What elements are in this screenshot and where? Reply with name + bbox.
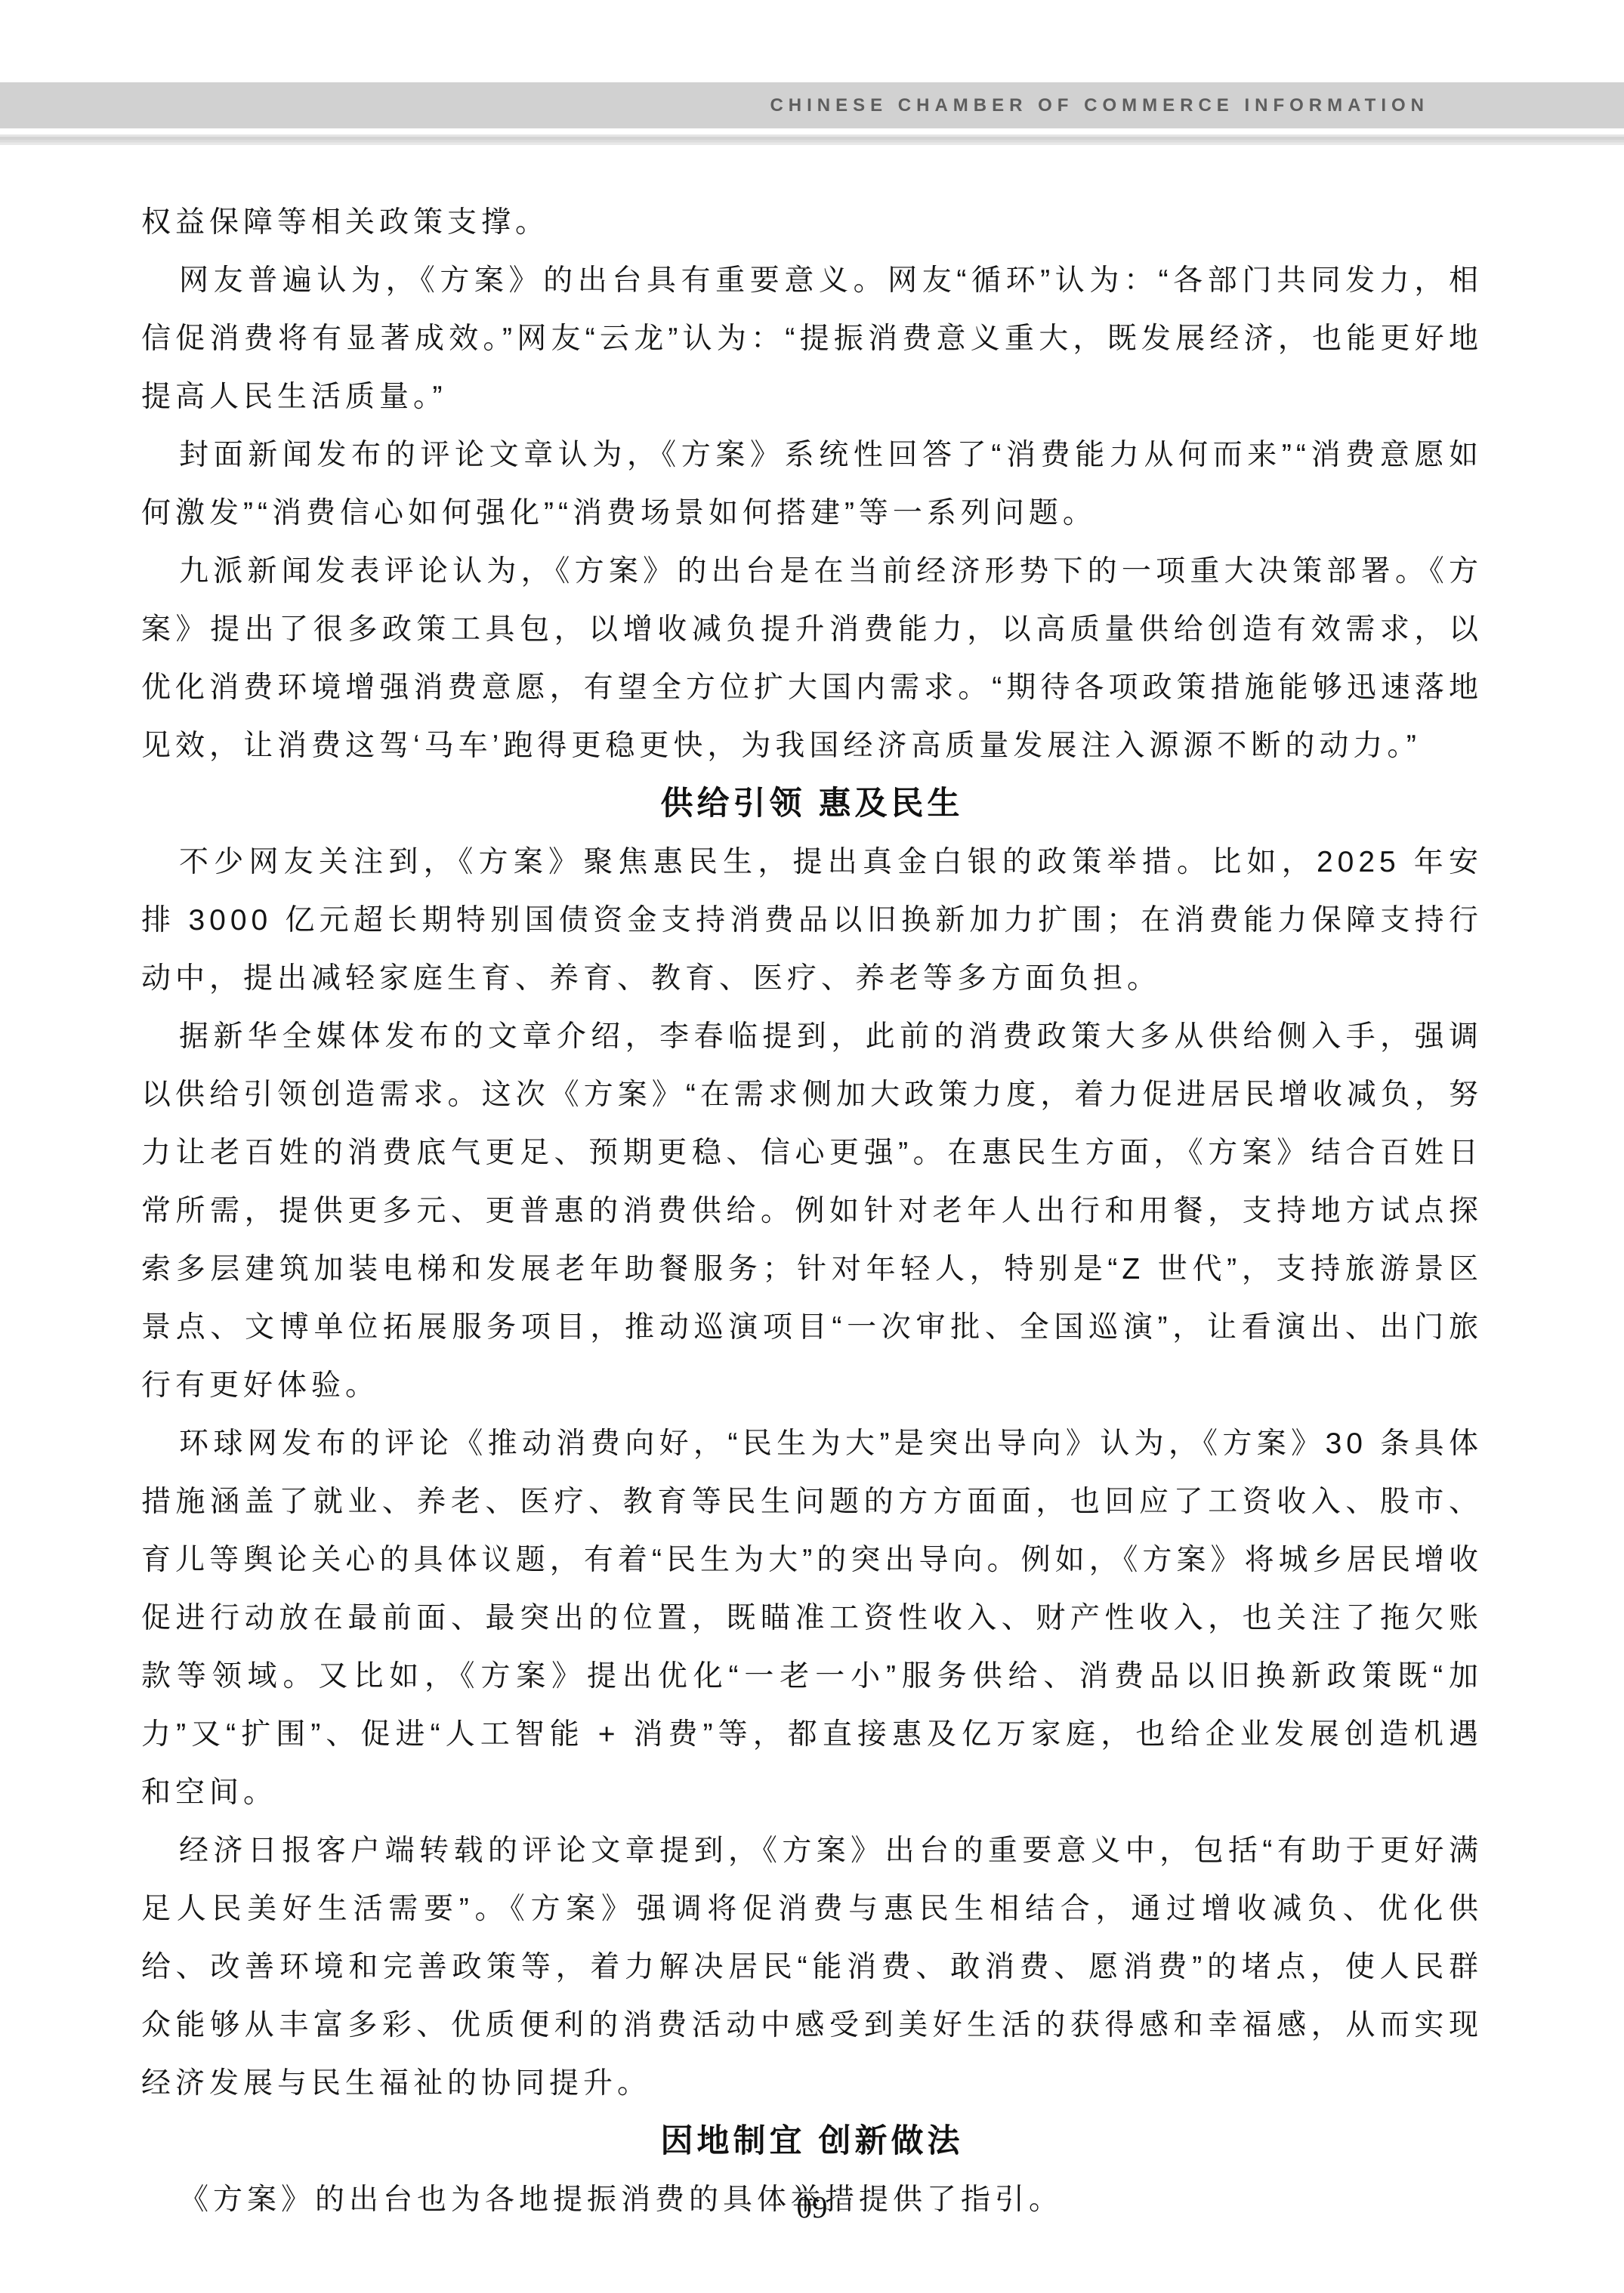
paragraph: 据新华全媒体发布的文章介绍，李春临提到，此前的消费政策大多从供给侧入手，强调以供…	[141, 1008, 1483, 1415]
paragraph: 权益保障等相关政策支撑。	[141, 193, 1483, 252]
paragraph: 九派新闻发表评论认为，《方案》的出台是在当前经济形势下的一项重大决策部署。《方案…	[141, 542, 1483, 775]
page-number: 09	[0, 2189, 1624, 2225]
paragraph: 环球网发布的评论《推动消费向好，“民生为大”是突出导向》认为，《方案》30 条具…	[141, 1415, 1483, 1822]
header-title: CHINESE CHAMBER OF COMMERCE INFORMATION	[770, 82, 1429, 128]
paragraph: 网友普遍认为，《方案》的出台具有重要意义。网友“循环”认为：“各部门共同发力，相…	[141, 252, 1483, 426]
section-heading: 因地制宜 创新做法	[141, 2112, 1483, 2171]
section-heading: 供给引领 惠及民生	[141, 775, 1483, 833]
header-band: CHINESE CHAMBER OF COMMERCE INFORMATION	[0, 82, 1624, 128]
article-body: 权益保障等相关政策支撑。 网友普遍认为，《方案》的出台具有重要意义。网友“循环”…	[141, 193, 1483, 2229]
paragraph: 封面新闻发布的评论文章认为，《方案》系统性回答了“消费能力从何而来”“消费意愿如…	[141, 426, 1483, 542]
document-page: CHINESE CHAMBER OF COMMERCE INFORMATION …	[0, 0, 1624, 2293]
paragraph: 不少网友关注到，《方案》聚焦惠民生，提出真金白银的政策举措。比如，2025 年安…	[141, 833, 1483, 1008]
paragraph: 经济日报客户端转载的评论文章提到，《方案》出台的重要意义中，包括“有助于更好满足…	[141, 1822, 1483, 2112]
header-stripe	[0, 134, 1624, 145]
